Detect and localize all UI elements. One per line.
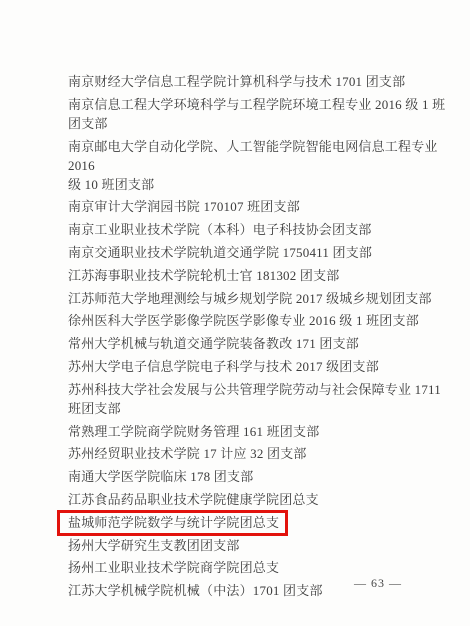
entry-text: 常熟理工学院商学院财务管理 161 班团支部: [68, 424, 319, 439]
list-entry: 江苏食品药品职业技术学院健康学院团总支: [68, 490, 448, 509]
list-entry: 徐州医科大学医学影像学院医学影像专业 2016 级 1 班团支部: [68, 311, 448, 330]
list-entry: 南京邮电大学自动化学院、人工智能学院智能电网信息工程专业 2016 级 10 班…: [68, 137, 448, 194]
entry-text: 江苏大学机械学院机械（中法）1701 团支部: [68, 583, 323, 598]
entry-text: 苏州大学电子信息学院电子科学与技术 2017 级团支部: [68, 359, 379, 374]
highlight-box: 盐城师范学院数学与统计学院团总支: [57, 510, 288, 536]
list-entry: 南京信息工程大学环境科学与工程学院环境工程专业 2016 级 1 班团支部: [68, 95, 448, 133]
list-entry: 南京交通职业技术学院轨道交通学院 1750411 团支部: [68, 243, 448, 262]
list-entry: 常州大学机械与轨道交通学院装备教改 171 团支部: [68, 334, 448, 353]
document-page: 南京财经大学信息工程学院计算机科学与技术 1701 团支部南京信息工程大学环境科…: [0, 0, 470, 626]
entry-text: 南京邮电大学自动化学院、人工智能学院智能电网信息工程专业 2016 级 10 班…: [68, 139, 438, 192]
entry-text: 苏州科技大学社会发展与公共管理学院劳动与社会保障专业 1711 班团支部: [68, 382, 441, 416]
page-number: — 63 —: [346, 576, 410, 591]
entry-text: 苏州经贸职业技术学院 17 计应 32 团支部: [68, 446, 307, 461]
branch-name-list: 南京财经大学信息工程学院计算机科学与技术 1701 团支部南京信息工程大学环境科…: [68, 72, 448, 604]
entry-text: 江苏海事职业技术学院轮机士官 181302 团支部: [68, 268, 340, 283]
entry-text: 常州大学机械与轨道交通学院装备教改 171 团支部: [68, 336, 359, 351]
list-entry: 江苏师范大学地理测绘与城乡规划学院 2017 级城乡规划团支部: [68, 289, 448, 308]
list-entry: 苏州经贸职业技术学院 17 计应 32 团支部: [68, 444, 448, 463]
list-entry: 常熟理工学院商学院财务管理 161 班团支部: [68, 422, 448, 441]
list-entry: 南京审计大学润园书院 170107 班团支部: [68, 197, 448, 216]
list-entry: 江苏海事职业技术学院轮机士官 181302 团支部: [68, 266, 448, 285]
entry-text: 南京信息工程大学环境科学与工程学院环境工程专业 2016 级 1 班团支部: [68, 97, 445, 131]
list-entry: 扬州工业职业技术学院商学院团总支: [68, 558, 448, 577]
entry-text: 江苏师范大学地理测绘与城乡规划学院 2017 级城乡规划团支部: [68, 291, 432, 306]
entry-text: 扬州工业职业技术学院商学院团总支: [68, 560, 279, 575]
list-entry: 苏州科技大学社会发展与公共管理学院劳动与社会保障专业 1711 班团支部: [68, 380, 448, 418]
list-entry: 南通大学医学院临床 178 团支部: [68, 467, 448, 486]
entry-text: 南京财经大学信息工程学院计算机科学与技术 1701 团支部: [68, 74, 405, 89]
list-entry: 南京财经大学信息工程学院计算机科学与技术 1701 团支部: [68, 72, 448, 91]
entry-text: 南京审计大学润园书院 170107 班团支部: [68, 199, 300, 214]
list-entry: 扬州大学研究生支教团团支部: [68, 536, 448, 555]
entry-text: 江苏食品药品职业技术学院健康学院团总支: [68, 492, 319, 507]
entry-text: 南京交通职业技术学院轨道交通学院 1750411 团支部: [68, 245, 372, 260]
entry-text: 南京工业职业技术学院（本科）电子科技协会团支部: [68, 222, 372, 237]
entry-text: 南通大学医学院临床 178 团支部: [68, 469, 253, 484]
entry-text: 扬州大学研究生支教团团支部: [68, 538, 240, 553]
list-entry: 盐城师范学院数学与统计学院团总支: [68, 513, 448, 532]
entry-text: 徐州医科大学医学影像学院医学影像专业 2016 级 1 班团支部: [68, 313, 419, 328]
list-entry: 苏州大学电子信息学院电子科学与技术 2017 级团支部: [68, 357, 448, 376]
list-entry: 南京工业职业技术学院（本科）电子科技协会团支部: [68, 220, 448, 239]
